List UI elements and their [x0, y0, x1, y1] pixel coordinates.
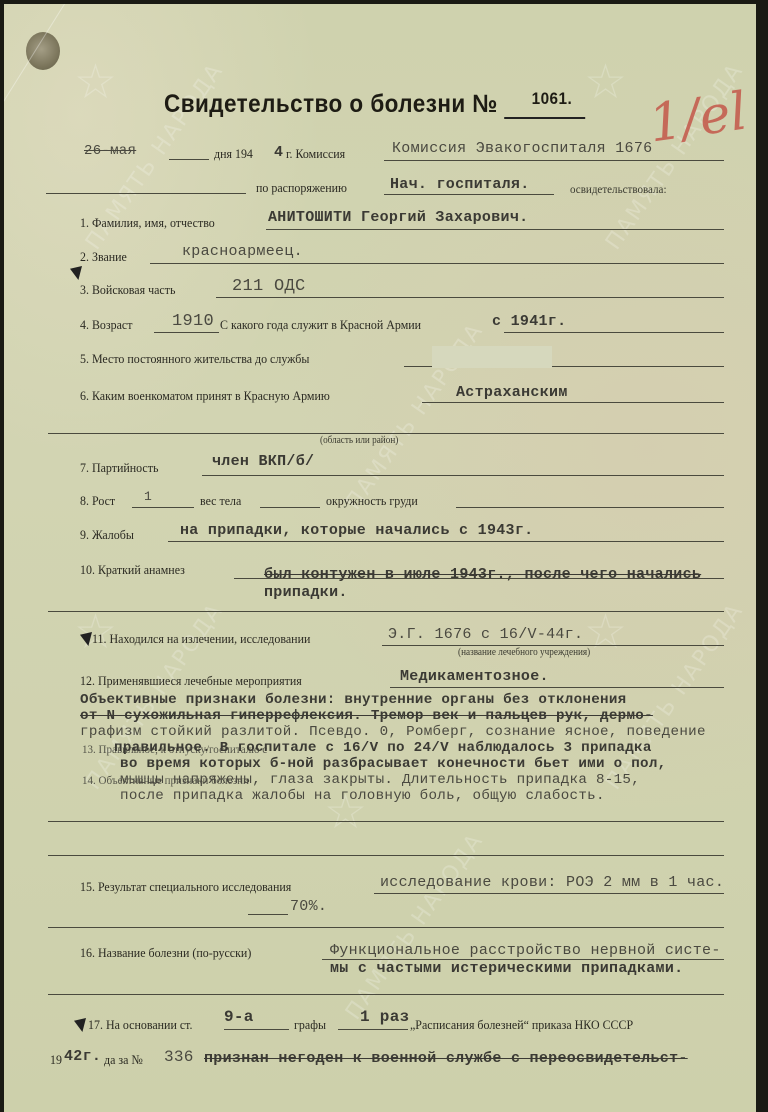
watermark-star-icon: ☆ — [584, 604, 627, 660]
blank-line — [48, 994, 724, 995]
objective-line: от N сухожильная гиперрефлексия. Тремор … — [80, 708, 653, 724]
field-17-graph-underline — [338, 1029, 408, 1030]
document-page: ☆ ☆ ☆ ☆ ☆ ПАМЯТЬ НАРОДА ПАМЯТЬ НАРОДА ПА… — [4, 4, 762, 1112]
date-label: дня 194 — [214, 146, 253, 162]
blank-line — [48, 927, 724, 928]
field-17-graph: 1 раз — [360, 1008, 410, 1026]
field-3-value: 211 ОДС — [232, 277, 306, 296]
field-16-value-line1: Функциональное расстройство нервной сист… — [330, 942, 721, 959]
red-pencil-annotation: 1/el — [645, 81, 750, 154]
watermark-star-icon: ☆ — [584, 54, 627, 110]
year-digit: 4 — [274, 144, 283, 161]
field-6-value: Астраханским — [456, 384, 568, 401]
field-17-article: 9-а — [224, 1008, 254, 1026]
order-label: по распоряжению — [256, 180, 347, 196]
field-11-sublabel: (название лечебного учреждения) — [458, 647, 590, 658]
objective-line: мышцы напряжены, глаза закрыты. Длительн… — [120, 772, 640, 788]
ink-blot — [70, 266, 82, 280]
field-2-value: красноармеец. — [182, 243, 303, 260]
commission-value: Комиссия Эвакогоспиталя 1676 — [392, 140, 652, 157]
field-9-underline — [168, 541, 724, 542]
field-7-underline — [202, 475, 724, 476]
field-17-year-prefix: 19 — [50, 1052, 62, 1068]
field-8-height-value: 1 — [144, 489, 152, 504]
page-title: Свидетельство о болезни № 1061. — [164, 90, 586, 119]
date-value: 26-мая — [84, 143, 136, 159]
field-5-label: 5. Место постоянного жительства до служб… — [80, 351, 309, 367]
objective-line: графизм стойкий разлитой. Псевдо. 0, Ром… — [80, 724, 706, 740]
certificate-number: 1061. — [532, 89, 573, 109]
field-1-value: АНИТОШИТИ Георгий Захарович. — [268, 209, 528, 226]
field-4-service-underline — [504, 332, 724, 333]
title-text: Свидетельство о болезни № — [164, 90, 498, 118]
order-prefix-line — [46, 193, 246, 194]
field-3-label: 3. Войсковая часть — [80, 282, 175, 298]
field-6-label: 6. Каким военкоматом принят в Красную Ар… — [80, 388, 330, 404]
field-11-underline — [382, 645, 724, 646]
field-4-service-label: С какого года служит в Красной Армии — [220, 317, 421, 333]
field-8-height-underline — [132, 507, 194, 508]
field-12-underline — [390, 687, 724, 688]
field-4-underline — [154, 332, 219, 333]
objective-line: правильное. В госпитале с 16/V по 24/V н… — [114, 740, 652, 756]
scan-edge — [756, 4, 762, 1112]
examined-label: освидетельствовала: — [570, 182, 667, 197]
watermark-star-icon: ☆ — [74, 54, 117, 110]
field-17-article-underline — [224, 1029, 289, 1030]
field-6-second-line — [48, 433, 724, 434]
field-17-schedule-label: „Расписания болезней“ приказа НКО СССР — [410, 1017, 633, 1033]
field-10-second-line — [48, 611, 724, 612]
field-11-value: Э.Г. 1676 с 16/V-44г. — [388, 626, 583, 643]
field-8-weight-underline — [260, 507, 320, 508]
field-15-label: 15. Результат специального исследования — [80, 879, 291, 895]
field-4-value: 1910 — [172, 312, 214, 331]
field-15-underline — [374, 893, 724, 894]
field-17-decision: признан негоден к военной службе с перео… — [204, 1050, 688, 1067]
date-underline — [169, 159, 209, 160]
field-17-year: 42г. — [64, 1048, 101, 1065]
field-6-sublabel: (область или район) — [320, 435, 398, 446]
field-12-label: 12. Применявшиеся лечебные мероприятия — [80, 673, 302, 689]
ink-blot — [80, 632, 92, 646]
field-11-label: 11. Находился на излечении, исследовании — [92, 631, 310, 647]
redacted-field — [432, 346, 552, 368]
blank-line — [48, 821, 724, 822]
field-3-underline — [216, 297, 724, 298]
field-16-label: 16. Название болезни (по-русски) — [80, 945, 251, 961]
field-10-label: 10. Краткий анамнез — [80, 562, 185, 578]
field-1-label: 1. Фамилия, имя, отчество — [80, 215, 215, 231]
field-12-value: Медикаментозное. — [400, 668, 549, 685]
field-16-value-line2: мы с частыми истерическими припадками. — [330, 960, 683, 977]
field-17-graph-label: графы — [294, 1017, 326, 1033]
field-4-service-value: с 1941г. — [492, 313, 566, 330]
field-8-chest-underline — [456, 507, 724, 508]
order-underline — [384, 194, 554, 195]
field-17-order-label: да за № — [104, 1052, 143, 1068]
field-4-label: 4. Возраст — [80, 317, 132, 333]
commission-underline — [384, 160, 724, 161]
objective-line: во время которых б-ной разбрасывает коне… — [120, 756, 666, 772]
field-2-label: 2. Звание — [80, 249, 127, 265]
ink-blot — [74, 1018, 86, 1032]
field-17-order-number: 336 — [164, 1048, 194, 1066]
field-10-underline — [234, 578, 724, 579]
field-9-value: на припадки, которые начались с 1943г. — [180, 522, 533, 539]
order-value: Нач. госпиталя. — [390, 176, 530, 193]
field-17-label: 17. На основании ст. — [88, 1017, 192, 1033]
field-8-weight-label: вес тела — [200, 493, 241, 509]
objective-line: после припадка жалобы на головную боль, … — [120, 788, 605, 804]
field-7-label: 7. Партийность — [80, 460, 158, 476]
field-10-value-line2: припадки. — [264, 584, 348, 601]
field-9-label: 9. Жалобы — [80, 527, 134, 543]
field-10-value-line1: был контужен в июле 1943г., после чего н… — [264, 566, 701, 583]
field-15-value-line2: 70%. — [290, 898, 327, 915]
field-8-chest-label: окружность груди — [326, 493, 418, 509]
commission-label: г. Комиссия — [286, 146, 345, 162]
field-15-value-line1: исследование крови: РОЭ 2 мм в 1 час. — [380, 874, 724, 891]
field-15-short-line — [248, 914, 288, 915]
field-2-underline — [150, 263, 724, 264]
field-6-underline — [422, 402, 724, 403]
number-field: 1061. — [505, 93, 586, 119]
blank-line — [48, 855, 724, 856]
field-8-label: 8. Рост — [80, 493, 115, 509]
field-7-value: член ВКП/б/ — [212, 453, 314, 470]
field-1-underline — [266, 229, 724, 230]
objective-line: Объективные признаки болезни: внутренние… — [80, 692, 626, 708]
